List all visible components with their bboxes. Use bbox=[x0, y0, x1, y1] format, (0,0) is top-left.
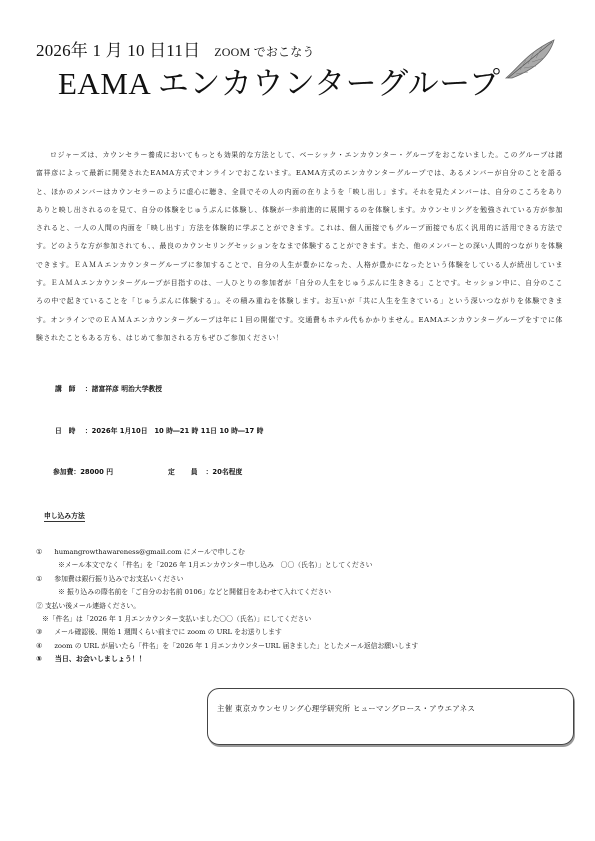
lecturer-value: ：諸富祥彦 明治大学教授 bbox=[85, 385, 162, 393]
organizer-text: 主催 東京カウンセリング心理学研究所 ヒューマングロース・アウエアネス bbox=[217, 703, 475, 714]
intro-paragraph: ロジャーズは、カウンセラー養成においてもっとも効果的な方法として、ベーシック・エ… bbox=[36, 146, 563, 347]
step-email-note: ※メール本文でなく「件名」を「2026 年 1月エンカウンター申し込み 〇〇（氏… bbox=[36, 559, 595, 572]
step-payment-contact: ② 支払い後メール連絡ください。 bbox=[36, 600, 595, 613]
step-payment-note: ※ 振り込みの際名前を「ご自分のお名前 0106」などと開催日をあわせて入れてく… bbox=[36, 586, 595, 599]
lecturer-label: 講 師 bbox=[55, 385, 75, 393]
email-address-text: humangrowthawareness@gmail.com にメールで申しこむ bbox=[54, 548, 245, 556]
datetime-value: ：2026年 1月10日 10 時―21 時 11日 10 時―17 時 bbox=[85, 427, 264, 435]
step-zoom-url: ③ メール確認後、開始 1 週間くらい前までに zoom の URL をお送りし… bbox=[36, 626, 595, 639]
fee-label: 参加費： bbox=[53, 468, 80, 476]
capacity-label-1: 定 bbox=[168, 468, 175, 476]
application-steps: ① humangrowthawareness@gmail.com にメールで申し… bbox=[36, 546, 595, 667]
step-payment-contact-note: ※「件名」は「2026 年 1 月エンカウンター支払いました〇〇（氏名）」にして… bbox=[36, 613, 595, 626]
fee-value: 28000 円 bbox=[80, 468, 113, 476]
fee-line: 参加費：28000 円 bbox=[53, 466, 113, 476]
zoom-note: ZOOM でおこなう bbox=[214, 45, 314, 59]
datetime-line: 日 時 ：2026年 1月10日 10 時―21 時 11日 10 時―17 時 bbox=[55, 425, 263, 435]
step-payment: ① 参加費は銀行振り込みでお支払いください bbox=[36, 573, 595, 586]
organizer-box: 主催 東京カウンセリング心理学研究所 ヒューマングロース・アウエアネス bbox=[207, 688, 574, 745]
capacity-line: 定員：20名程度 bbox=[168, 466, 242, 476]
application-heading: 申し込み方法 bbox=[44, 510, 85, 522]
page-title: EAMA エンカウンターグループ bbox=[58, 58, 501, 103]
step-email: ① humangrowthawareness@gmail.com にメールで申し… bbox=[36, 546, 595, 559]
capacity-label-2: 員 bbox=[191, 468, 198, 476]
lecturer-line: 講 師 ：諸富祥彦 明治大学教授 bbox=[55, 383, 162, 393]
feather-icon bbox=[498, 38, 560, 82]
datetime-label: 日 時 bbox=[55, 427, 75, 435]
capacity-value: ：20名程度 bbox=[206, 468, 243, 476]
step-url-reply: ④ zoom の URL が届いたら「件名」を「2026 年 1 月エンカウンタ… bbox=[36, 640, 595, 653]
step-event-day: ⑤ 当日、お会いしましょう！！ bbox=[36, 653, 595, 666]
